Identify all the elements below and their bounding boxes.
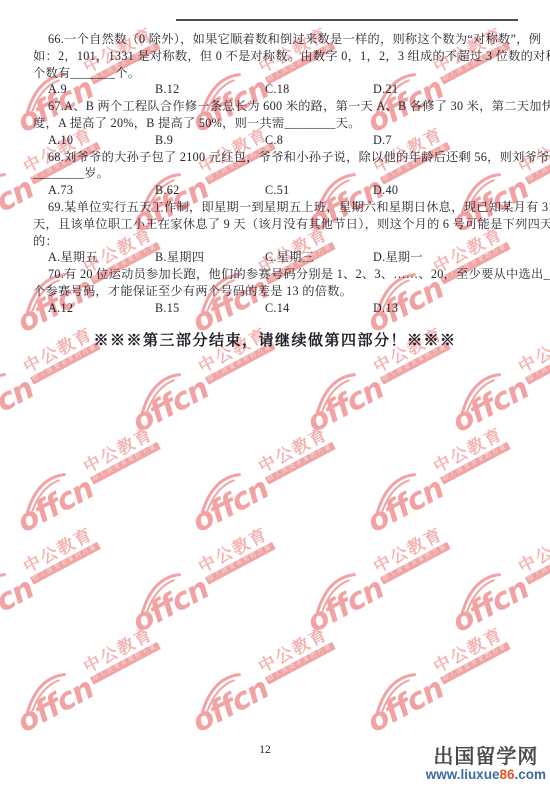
offcn-logo-text: offcn xyxy=(301,371,389,440)
brand-text: 中公教育 xyxy=(81,425,157,477)
slogan-band: 给人改变未来的力量 xyxy=(30,541,101,584)
question-69: 69.某单位实行五天工作制，即星期一到星期五上班，星期六和星期日休息，现已知某月… xyxy=(33,199,542,266)
offcn-logo: offcn xyxy=(128,574,213,638)
brand-text: 中公教育 xyxy=(256,425,332,477)
options-row: A.73 B.62 C.51 D.40 xyxy=(33,182,542,199)
option-d: D.21 xyxy=(373,81,398,98)
document-page: offcn中公教育给人改变未来的力量 offcn中公教育给人改变未来的力量 of… xyxy=(0,0,550,788)
question-line: 如：2，101，1331 是对称数，但 0 不是对称数。由数字 0，1，2，3 … xyxy=(33,48,542,65)
question-line: 69.某单位实行五天工作制，即星期一到星期五上班，星期六和星期日休息，现已知某月… xyxy=(33,199,542,216)
slogan-band: 给人改变未来的力量 xyxy=(90,641,161,684)
offcn-logo-text: offcn xyxy=(0,371,39,440)
option-c: C.51 xyxy=(265,182,290,199)
question-66: 66.一个自然数（0 除外），如果它顺着数和倒过来数是一样的，则称这个数为“对称… xyxy=(33,31,542,98)
question-70: 70.有 20 位运动员参加长跑，他们的参赛号码分别是 1、2、3、……、20，… xyxy=(33,266,542,316)
option-b: B.62 xyxy=(155,182,180,199)
options-row: A.9 B.12 C.18 D.21 xyxy=(33,81,542,98)
swoosh-icon xyxy=(16,469,76,515)
question-line: 68.刘爷爷的大孙子包了 2100 元红包，爷爷和小孙子说，除以他的年龄后还剩 … xyxy=(33,149,542,166)
swoosh-icon xyxy=(191,669,251,715)
offcn-logo-text: offcn xyxy=(186,471,274,540)
question-line: 天，且该单位职工小王在家休息了 9 天（该月没有其他节日），则这个月的 6 号可… xyxy=(33,216,542,233)
offcn-logo: offcn xyxy=(448,574,533,638)
watermark: offcn中公教育给人改变未来的力量 xyxy=(116,510,304,660)
offcn-logo: offcn xyxy=(363,674,448,738)
options-row: A.10 B.9 C.8 D.7 xyxy=(33,132,542,149)
offcn-logo-text: offcn xyxy=(301,571,389,640)
offcn-logo: offcn xyxy=(13,474,98,538)
offcn-logo: offcn xyxy=(188,474,273,538)
offcn-logo: offcn xyxy=(448,374,533,438)
slogan-band: 给人改变未来的力量 xyxy=(90,441,161,484)
offcn-logo: offcn xyxy=(0,574,38,638)
offcn-logo: offcn xyxy=(188,674,273,738)
question-line: ________岁。 xyxy=(33,165,542,182)
question-68: 68.刘爷爷的大孙子包了 2100 元红包，爷爷和小孙子说，除以他的年龄后还剩 … xyxy=(33,149,542,199)
option-b: B.15 xyxy=(155,300,180,317)
offcn-logo-text: offcn xyxy=(11,471,99,540)
site-url: www.liuxue86.com xyxy=(426,768,546,782)
option-b: B.9 xyxy=(155,132,173,149)
offcn-logo: offcn xyxy=(13,674,98,738)
offcn-logo-text: offcn xyxy=(186,671,274,740)
site-credit: 出国留学网 www.liuxue86.com xyxy=(426,746,546,782)
url-number: 86 xyxy=(499,767,514,782)
option-d: D.星期一 xyxy=(373,249,423,266)
offcn-logo-text: offcn xyxy=(11,671,99,740)
brand-text: 中公教育 xyxy=(21,525,97,577)
swoosh-icon xyxy=(131,569,191,615)
swoosh-icon xyxy=(306,369,366,415)
question-line: 的： xyxy=(33,233,542,250)
option-d: D.13 xyxy=(373,300,398,317)
option-a: A.星期五 xyxy=(48,249,98,266)
watermark: offcn中公教育给人改变未来的力量 xyxy=(351,610,539,760)
option-a: A.9 xyxy=(48,81,67,98)
swoosh-icon xyxy=(0,369,15,415)
site-name: 出国留学网 xyxy=(426,746,546,768)
offcn-logo: offcn xyxy=(303,374,388,438)
swoosh-icon xyxy=(306,569,366,615)
watermark: offcn中公教育给人改变未来的力量 xyxy=(176,410,364,560)
brand-text: 中公教育 xyxy=(196,525,272,577)
slogan-band: 给人改变未来的力量 xyxy=(265,641,336,684)
watermark: offcn中公教育给人改变未来的力量 xyxy=(1,610,189,760)
swoosh-icon xyxy=(191,469,251,515)
swoosh-icon xyxy=(451,369,511,415)
question-line: 个参赛号码，才能保证至少有两个号码的差是 13 的倍数。 xyxy=(33,283,542,300)
offcn-logo: offcn xyxy=(303,574,388,638)
question-area: 66.一个自然数（0 除外），如果它顺着数和倒过来数是一样的，则称这个数为“对称… xyxy=(33,31,542,317)
option-b: B.星期四 xyxy=(155,249,204,266)
offcn-logo-text: offcn xyxy=(446,571,534,640)
offcn-logo-text: offcn xyxy=(126,371,214,440)
slogan-band: 给人改变未来的力量 xyxy=(525,541,550,584)
watermark: offcn中公教育给人改变未来的力量 xyxy=(291,510,479,660)
options-row: A.12 B.15 C.14 D.13 xyxy=(33,300,542,317)
offcn-logo-text: offcn xyxy=(0,571,39,640)
offcn-logo-text: offcn xyxy=(126,571,214,640)
watermark: offcn中公教育给人改变未来的力量 xyxy=(351,410,539,560)
swoosh-icon xyxy=(366,669,426,715)
brand-text: 中公教育 xyxy=(516,525,550,577)
page-number: 12 xyxy=(240,744,290,756)
brand-text: 中公教育 xyxy=(81,625,157,677)
option-b: B.12 xyxy=(155,81,180,98)
option-c: C.14 xyxy=(265,300,290,317)
header-rule xyxy=(176,19,518,21)
offcn-logo: offcn xyxy=(128,374,213,438)
brand-text: 中公教育 xyxy=(431,425,507,477)
swoosh-icon xyxy=(0,169,15,215)
watermark: offcn中公教育给人改变未来的力量 xyxy=(0,510,129,660)
offcn-logo-text: offcn xyxy=(446,371,534,440)
question-67: 67.A、B 两个工程队合作修一条总长为 600 米的路，第一天 A、B 各修了… xyxy=(33,98,542,148)
option-a: A.10 xyxy=(48,132,73,149)
offcn-logo: offcn xyxy=(0,374,38,438)
option-c: C.星期三 xyxy=(265,249,314,266)
swoosh-icon xyxy=(0,569,15,615)
offcn-logo-text: offcn xyxy=(361,471,449,540)
watermark: offcn中公教育给人改变未来的力量 xyxy=(176,610,364,760)
slogan-band: 给人改变未来的力量 xyxy=(205,541,276,584)
swoosh-icon xyxy=(366,469,426,515)
swoosh-icon xyxy=(16,669,76,715)
offcn-logo-text: offcn xyxy=(361,671,449,740)
watermark: offcn中公教育给人改变未来的力量 xyxy=(1,410,189,560)
brand-text: 中公教育 xyxy=(371,525,447,577)
section-divider: ※※※第三部分结束，请继续做第四部分！※※※ xyxy=(0,331,550,351)
option-c: C.18 xyxy=(265,81,290,98)
question-line: 个数有_______个。 xyxy=(33,65,542,82)
brand-text: 中公教育 xyxy=(256,625,332,677)
option-d: D.7 xyxy=(373,132,392,149)
slogan-band: 给人改变未来的力量 xyxy=(380,541,451,584)
url-suffix: .com xyxy=(514,767,546,782)
question-line: 66.一个自然数（0 除外），如果它顺着数和倒过来数是一样的，则称这个数为“对称… xyxy=(33,31,542,48)
question-line: 70.有 20 位运动员参加长跑，他们的参赛号码分别是 1、2、3、……、20，… xyxy=(33,266,542,283)
question-line: 67.A、B 两个工程队合作修一条总长为 600 米的路，第一天 A、B 各修了… xyxy=(33,98,542,115)
option-c: C.8 xyxy=(265,132,283,149)
brand-text: 中公教育 xyxy=(431,625,507,677)
question-line: 度，A 提高了 20%，B 提高了 50%，则一共需________天。 xyxy=(33,115,542,132)
url-prefix: www.liuxue xyxy=(426,767,500,782)
swoosh-icon xyxy=(451,569,511,615)
slogan-band: 给人改变未来的力量 xyxy=(440,641,511,684)
offcn-logo: offcn xyxy=(363,474,448,538)
watermark: offcn中公教育给人改变未来的力量 xyxy=(436,510,550,660)
slogan-band: 给人改变未来的力量 xyxy=(265,441,336,484)
option-a: A.12 xyxy=(48,300,73,317)
slogan-band: 给人改变未来的力量 xyxy=(440,441,511,484)
option-d: D.40 xyxy=(373,182,398,199)
options-row: A.星期五 B.星期四 C.星期三 D.星期一 xyxy=(33,249,542,266)
option-a: A.73 xyxy=(48,182,73,199)
swoosh-icon xyxy=(131,369,191,415)
